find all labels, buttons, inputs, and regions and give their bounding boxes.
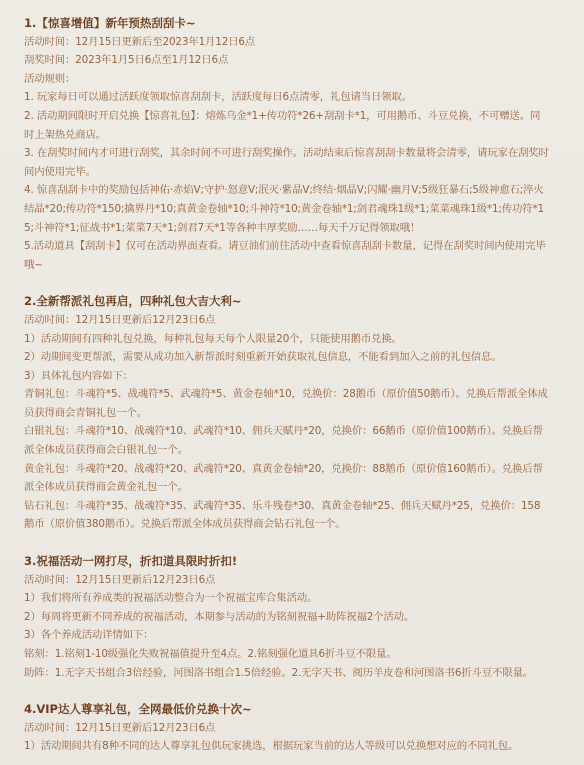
section-vip-gift-packs: 4.VIP达人尊享礼包，全网最低价兑换十次~ 活动时间：12月15日更新后12月… [24, 700, 550, 756]
gift-pack-gold: 黄金礼包：斗魂符*20、战魂符*20、武魂符*20、真黄金卷轴*20，兑换价：8… [24, 460, 550, 497]
activity-time: 活动时间：12月15日更新后至2023年1月12日6点 [24, 33, 550, 52]
rule-item: 5.活动道具【刮刮卡】仅可在活动界面查看。请豆油们前往活动中查看惊喜刮刮卡数量，… [24, 237, 550, 274]
activity-time: 活动时间：12月15日更新后12月23日6点 [24, 311, 550, 330]
activity-time: 活动时间：12月15日更新后12月23日6点 [24, 571, 550, 590]
rule-item: 3. 在刮奖时间内才可进行刮奖，其余时间不可进行刮奖操作。活动结束后惊喜刮刮卡数… [24, 144, 550, 181]
rules-label: 活动规则： [24, 70, 550, 89]
rule-item: 2）动期间变更帮派，需要从成功加入新帮派时刻重新开始获取礼包信息，不能看到加入之… [24, 348, 550, 367]
rule-item: 3）具体礼包内容如下： [24, 367, 550, 386]
rule-item: 1. 玩家每日可以通过活跃度领取惊喜刮刮卡，活跃度每日6点清零，礼包请当日领取。 [24, 88, 550, 107]
gift-pack-diamond: 钻石礼包：斗魂符*35、战魂符*35、武魂符*35、乐斗残卷*30、真黄金卷轴*… [24, 497, 550, 534]
section-title: 2.全新帮派礼包再启，四种礼包大吉大利~ [24, 292, 550, 311]
rule-item: 1）活动期间有四种礼包兑换，每种礼包每天每个人限量20个，只能使用鹅币兑换。 [24, 330, 550, 349]
section-guild-gift-packs: 2.全新帮派礼包再启，四种礼包大吉大利~ 活动时间：12月15日更新后12月23… [24, 292, 550, 534]
rule-item: 2）每周将更新不同养成的祝福活动，本期参与活动的为铭刻祝福+助阵祝福2个活动。 [24, 608, 550, 627]
activity-time: 活动时间：12月15日更新后12月23日6点 [24, 719, 550, 738]
section-scratch-card: 1.【惊喜增值】新年预热刮刮卡~ 活动时间：12月15日更新后至2023年1月1… [24, 14, 550, 274]
section-title: 3.祝福活动一网打尽，折扣道具限时折扣! [24, 552, 550, 571]
announcement-page: 1.【惊喜增值】新年预热刮刮卡~ 活动时间：12月15日更新后至2023年1月1… [0, 0, 584, 765]
support-detail: 助阵：1.无字天书组合3倍经验，河图洛书组合1.5倍经验。2.无字天书、阅历羊皮… [24, 664, 550, 683]
section-blessing-activities: 3.祝福活动一网打尽，折扣道具限时折扣! 活动时间：12月15日更新后12月23… [24, 552, 550, 682]
gift-pack-bronze: 青铜礼包：斗魂符*5、战魂符*5、武魂符*5、黄金卷轴*10，兑换价：28鹅币（… [24, 385, 550, 422]
engrave-detail: 铭刻：1.铭刻1-10级强化失败祝福值提升至4点。2.铭刻强化道具6折斗豆不限量… [24, 645, 550, 664]
gift-pack-silver: 白银礼包：斗魂符*10、战魂符*10、武魂符*10、佣兵天赋丹*20，兑换价：6… [24, 422, 550, 459]
rule-item: 3）各个养成活动详情如下： [24, 626, 550, 645]
section-title: 1.【惊喜增值】新年预热刮刮卡~ [24, 14, 550, 33]
scratch-time: 刮奖时间：2023年1月5日6点至1月12日6点 [24, 51, 550, 70]
rule-item: 1）我们将所有养成类的祝福活动整合为一个祝福宝库合集活动。 [24, 589, 550, 608]
rule-item: 2. 活动期间限时开启兑换【惊喜礼包】：熔炼乌金*1+传功符*26+刮刮卡*1，… [24, 107, 550, 144]
rule-item: 4. 惊喜刮刮卡中的奖励包括神佑·赤焰V;守护·怒意V;泯灭·紫晶V;终结·烟晶… [24, 181, 550, 237]
section-title: 4.VIP达人尊享礼包，全网最低价兑换十次~ [24, 700, 550, 719]
rule-item: 1）活动期间共有8种不同的达人尊享礼包供玩家挑选，根据玩家当前的达人等级可以兑换… [24, 737, 550, 756]
